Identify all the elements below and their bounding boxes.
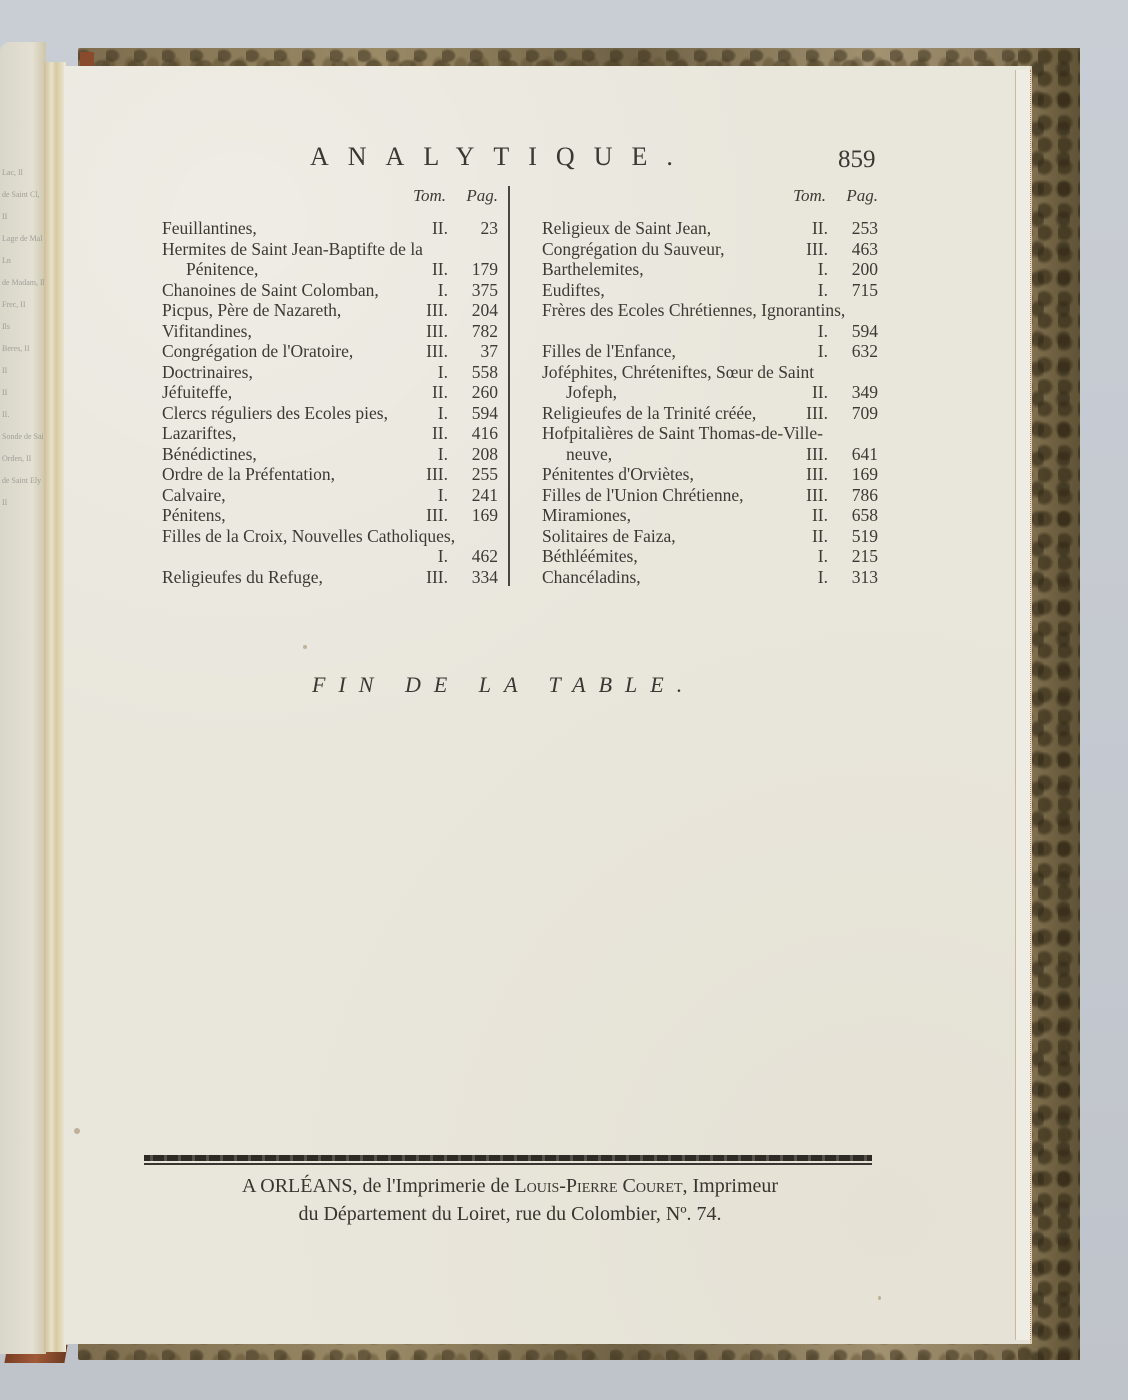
page-reference: 169 xyxy=(840,464,878,485)
foxing-spot xyxy=(303,645,307,649)
tome-number: II. xyxy=(400,423,448,444)
tome-number: I. xyxy=(780,259,828,280)
page-reference: 260 xyxy=(460,382,498,403)
tome-number: III. xyxy=(780,239,828,260)
tome-number: I. xyxy=(780,280,828,301)
page-reference: 594 xyxy=(840,321,878,342)
entry-row: Solitaires de Faiza,II.519 xyxy=(542,526,878,547)
printers-rule xyxy=(144,1155,872,1161)
verso-page-edge: Lac, Ilde Saint Cl,IILage de Mal Lnde Ma… xyxy=(0,42,46,1354)
entry-text-line: Frères des Ecoles Chrétiennes, Ignoranti… xyxy=(542,300,878,321)
tome-header: Tom. xyxy=(756,186,826,206)
index-entry: Feuillantines,II.23 xyxy=(162,218,498,239)
entry-name: Béthléémites, xyxy=(542,546,780,567)
index-entry: Miramiones,II.658 xyxy=(542,505,878,526)
entry-row: Feuillantines,II.23 xyxy=(162,218,498,239)
entry-name: Jéfuiteffe, xyxy=(162,382,400,403)
entry-list: Feuillantines,II.23Hermites de Saint Jea… xyxy=(162,218,498,587)
entry-name: Filles de l'Enfance, xyxy=(542,341,780,362)
entry-name: Feuillantines, xyxy=(162,218,400,239)
page-reference: 334 xyxy=(460,567,498,588)
column-divider xyxy=(508,186,510,586)
entry-name: Religieufes du Refuge, xyxy=(162,567,400,588)
page-reference: 462 xyxy=(460,546,498,567)
closing-line: FIN DE LA TABLE. xyxy=(312,672,695,698)
tome-number: III. xyxy=(780,403,828,424)
page-reference: 253 xyxy=(840,218,878,239)
entry-name: Filles de l'Union Chrétienne, xyxy=(542,485,780,506)
entry-row: Jéfuiteffe,II.260 xyxy=(162,382,498,403)
foxing-spot xyxy=(878,1296,881,1300)
page-reference: 215 xyxy=(840,546,878,567)
verso-show-through-text: Lac, Ilde Saint Cl,IILage de Mal Lnde Ma… xyxy=(2,162,42,514)
index-entry: Hofpitalières de Saint Thomas-de-Ville-n… xyxy=(542,423,878,464)
index-entry: Doctrinaires,I.558 xyxy=(162,362,498,383)
entry-name: Solitaires de Faiza, xyxy=(542,526,780,547)
tome-number: I. xyxy=(780,546,828,567)
entry-name: Bénédictines, xyxy=(162,444,400,465)
index-entry: Filles de l'Enfance,I.632 xyxy=(542,341,878,362)
page-reference: 416 xyxy=(460,423,498,444)
index-entry: Ordre de la Préfentation,III.255 xyxy=(162,464,498,485)
entry-row: Religieufes du Refuge,III.334 xyxy=(162,567,498,588)
entry-row: Lazariftes,II.416 xyxy=(162,423,498,444)
colophon-line-1: A ORLÉANS, de l'Imprimerie de Louis-Pier… xyxy=(140,1172,880,1200)
entry-row: Vifitandines,III.782 xyxy=(162,321,498,342)
entry-row: Miramiones,II.658 xyxy=(542,505,878,526)
entry-row: Picpus, Père de Nazareth,III.204 xyxy=(162,300,498,321)
foxing-spot xyxy=(74,1128,80,1134)
index-entry: Barthelemites,I.200 xyxy=(542,259,878,280)
page-reference: 255 xyxy=(460,464,498,485)
index-entry: Bénédictines,I.208 xyxy=(162,444,498,465)
entry-row: Filles de l'Union Chrétienne,III.786 xyxy=(542,485,878,506)
entry-text-line: Joféphites, Chréteniftes, Sœur de Saint xyxy=(542,362,878,383)
entry-name: neuve, xyxy=(542,444,780,465)
tome-number: II. xyxy=(780,526,828,547)
index-column-right: Tom. Pag. Religieux de Saint Jean,II.253… xyxy=(542,186,878,587)
page-reference: 709 xyxy=(840,403,878,424)
tome-number: II. xyxy=(780,505,828,526)
entry-name: Religieux de Saint Jean, xyxy=(542,218,780,239)
page-header: Pag. xyxy=(838,186,878,206)
page-reference: 632 xyxy=(840,341,878,362)
column-header: Tom. Pag. xyxy=(542,186,878,206)
entry-name xyxy=(162,546,400,567)
tome-number: I. xyxy=(400,280,448,301)
page-reference: 786 xyxy=(840,485,878,506)
tome-number: I. xyxy=(400,403,448,424)
tome-number: I. xyxy=(780,321,828,342)
page-reference: 519 xyxy=(840,526,878,547)
entry-name: Pénitentes d'Orviètes, xyxy=(542,464,780,485)
entry-name: Calvaire, xyxy=(162,485,400,506)
page-reference: 594 xyxy=(460,403,498,424)
page-reference: 313 xyxy=(840,567,878,588)
gutter xyxy=(44,62,66,1352)
entry-name: Jofeph, xyxy=(542,382,780,403)
tome-number: III. xyxy=(400,341,448,362)
page-reference: 208 xyxy=(460,444,498,465)
entry-name: Eudiftes, xyxy=(542,280,780,301)
entry-name: Pénitence, xyxy=(162,259,400,280)
page-reference: 715 xyxy=(840,280,878,301)
index-entry: Calvaire,I.241 xyxy=(162,485,498,506)
tome-number: III. xyxy=(400,321,448,342)
page-reference: 200 xyxy=(840,259,878,280)
entry-row: Pénitence,II.179 xyxy=(162,259,498,280)
entry-row: Barthelemites,I.200 xyxy=(542,259,878,280)
page-reference: 463 xyxy=(840,239,878,260)
entry-text-line: Filles de la Croix, Nouvelles Catholique… xyxy=(162,526,498,547)
page-fore-edge xyxy=(1015,70,1031,1340)
entry-name: Ordre de la Préfentation, xyxy=(162,464,400,485)
entry-text-line: Hofpitalières de Saint Thomas-de-Ville- xyxy=(542,423,878,444)
entry-name: Religieufes de la Trinité créée, xyxy=(542,403,780,424)
index-entry: Béthléémites,I.215 xyxy=(542,546,878,567)
entry-name: Miramiones, xyxy=(542,505,780,526)
tome-number: III. xyxy=(400,567,448,588)
tome-number: III. xyxy=(780,444,828,465)
column-header: Tom. Pag. xyxy=(162,186,498,206)
index-entry: Pénitentes d'Orviètes,III.169 xyxy=(542,464,878,485)
page-header: Pag. xyxy=(458,186,498,206)
tome-number: III. xyxy=(780,464,828,485)
tome-number: II. xyxy=(400,382,448,403)
entry-name: Lazariftes, xyxy=(162,423,400,444)
index-entry: Eudiftes,I.715 xyxy=(542,280,878,301)
tome-number: III. xyxy=(400,464,448,485)
entry-name xyxy=(542,321,780,342)
running-head: ANALYTIQUE. xyxy=(310,142,710,172)
entry-name: Chanoines de Saint Colomban, xyxy=(162,280,400,301)
page-reference: 658 xyxy=(840,505,878,526)
tome-number: III. xyxy=(400,300,448,321)
page-reference: 37 xyxy=(460,341,498,362)
index-entry: Filles de la Croix, Nouvelles Catholique… xyxy=(162,526,498,567)
entry-row: Religieufes de la Trinité créée,III.709 xyxy=(542,403,878,424)
page-reference: 641 xyxy=(840,444,878,465)
page-reference: 204 xyxy=(460,300,498,321)
tome-number: III. xyxy=(400,505,448,526)
page-reference: 349 xyxy=(840,382,878,403)
entry-name: Chancéladins, xyxy=(542,567,780,588)
tome-header: Tom. xyxy=(376,186,446,206)
entry-row: Congrégation du Sauveur,III.463 xyxy=(542,239,878,260)
entry-row: I.462 xyxy=(162,546,498,567)
page-reference: 169 xyxy=(460,505,498,526)
entry-row: Filles de l'Enfance,I.632 xyxy=(542,341,878,362)
entry-name: Congrégation du Sauveur, xyxy=(542,239,780,260)
index-entry: Filles de l'Union Chrétienne,III.786 xyxy=(542,485,878,506)
entry-row: Congrégation de l'Oratoire,III.37 xyxy=(162,341,498,362)
entry-text-line: Hermites de Saint Jean-Baptifte de la xyxy=(162,239,498,260)
index-entry: Chancéladins,I.313 xyxy=(542,567,878,588)
entry-name: Barthelemites, xyxy=(542,259,780,280)
entry-name: Picpus, Père de Nazareth, xyxy=(162,300,400,321)
tome-number: I. xyxy=(400,362,448,383)
tome-number: II. xyxy=(400,259,448,280)
entry-name: Congrégation de l'Oratoire, xyxy=(162,341,400,362)
tome-number: I. xyxy=(780,341,828,362)
page-reference: 23 xyxy=(460,218,498,239)
entry-list: Religieux de Saint Jean,II.253Congrégati… xyxy=(542,218,878,587)
entry-name: Clercs réguliers des Ecoles pies, xyxy=(162,403,400,424)
index-entry: Religieux de Saint Jean,II.253 xyxy=(542,218,878,239)
entry-row: neuve,III.641 xyxy=(542,444,878,465)
entry-row: Doctrinaires,I.558 xyxy=(162,362,498,383)
index-entry: Religieufes de la Trinité créée,III.709 xyxy=(542,403,878,424)
tome-number: III. xyxy=(780,485,828,506)
tome-number: I. xyxy=(400,546,448,567)
index-entry: Lazariftes,II.416 xyxy=(162,423,498,444)
entry-row: Ordre de la Préfentation,III.255 xyxy=(162,464,498,485)
tome-number: I. xyxy=(400,444,448,465)
entry-row: Chanoines de Saint Colomban,I.375 xyxy=(162,280,498,301)
entry-name: Doctrinaires, xyxy=(162,362,400,383)
index-entry: Picpus, Père de Nazareth,III.204 xyxy=(162,300,498,321)
tome-number: II. xyxy=(780,382,828,403)
colophon-line-2: du Département du Loiret, rue du Colombi… xyxy=(140,1200,880,1228)
printer-name: Louis-Pierre Couret xyxy=(514,1175,682,1197)
entry-row: Eudiftes,I.715 xyxy=(542,280,878,301)
entry-row: Religieux de Saint Jean,II.253 xyxy=(542,218,878,239)
colophon: A ORLÉANS, de l'Imprimerie de Louis-Pier… xyxy=(140,1172,880,1228)
entry-row: Pénitentes d'Orviètes,III.169 xyxy=(542,464,878,485)
page-reference: 558 xyxy=(460,362,498,383)
printers-rule-thin xyxy=(144,1163,872,1165)
index-entry: Vifitandines,III.782 xyxy=(162,321,498,342)
entry-row: Béthléémites,I.215 xyxy=(542,546,878,567)
index-entry: Hermites de Saint Jean-Baptifte de laPén… xyxy=(162,239,498,280)
entry-row: I.594 xyxy=(542,321,878,342)
index-entry: Frères des Ecoles Chrétiennes, Ignoranti… xyxy=(542,300,878,341)
index-column-left: Tom. Pag. Feuillantines,II.23Hermites de… xyxy=(162,186,498,587)
index-entry: Congrégation du Sauveur,III.463 xyxy=(542,239,878,260)
entry-row: Bénédictines,I.208 xyxy=(162,444,498,465)
page-reference: 179 xyxy=(460,259,498,280)
index-entry: Solitaires de Faiza,II.519 xyxy=(542,526,878,547)
page-reference: 375 xyxy=(460,280,498,301)
index-entry: Jéfuiteffe,II.260 xyxy=(162,382,498,403)
entry-row: Jofeph,II.349 xyxy=(542,382,878,403)
index-entry: Chanoines de Saint Colomban,I.375 xyxy=(162,280,498,301)
page-reference: 241 xyxy=(460,485,498,506)
page-number: 859 xyxy=(838,146,876,174)
entry-row: Pénitens,III.169 xyxy=(162,505,498,526)
tome-number: I. xyxy=(780,567,828,588)
entry-row: Calvaire,I.241 xyxy=(162,485,498,506)
index-entry: Joféphites, Chréteniftes, Sœur de SaintJ… xyxy=(542,362,878,403)
entry-name: Vifitandines, xyxy=(162,321,400,342)
page-reference: 782 xyxy=(460,321,498,342)
tome-number: II. xyxy=(780,218,828,239)
tome-number: II. xyxy=(400,218,448,239)
tome-number: I. xyxy=(400,485,448,506)
index-entry: Religieufes du Refuge,III.334 xyxy=(162,567,498,588)
index-entry: Congrégation de l'Oratoire,III.37 xyxy=(162,341,498,362)
entry-row: Clercs réguliers des Ecoles pies,I.594 xyxy=(162,403,498,424)
index-entry: Clercs réguliers des Ecoles pies,I.594 xyxy=(162,403,498,424)
entry-name: Pénitens, xyxy=(162,505,400,526)
index-entry: Pénitens,III.169 xyxy=(162,505,498,526)
entry-row: Chancéladins,I.313 xyxy=(542,567,878,588)
